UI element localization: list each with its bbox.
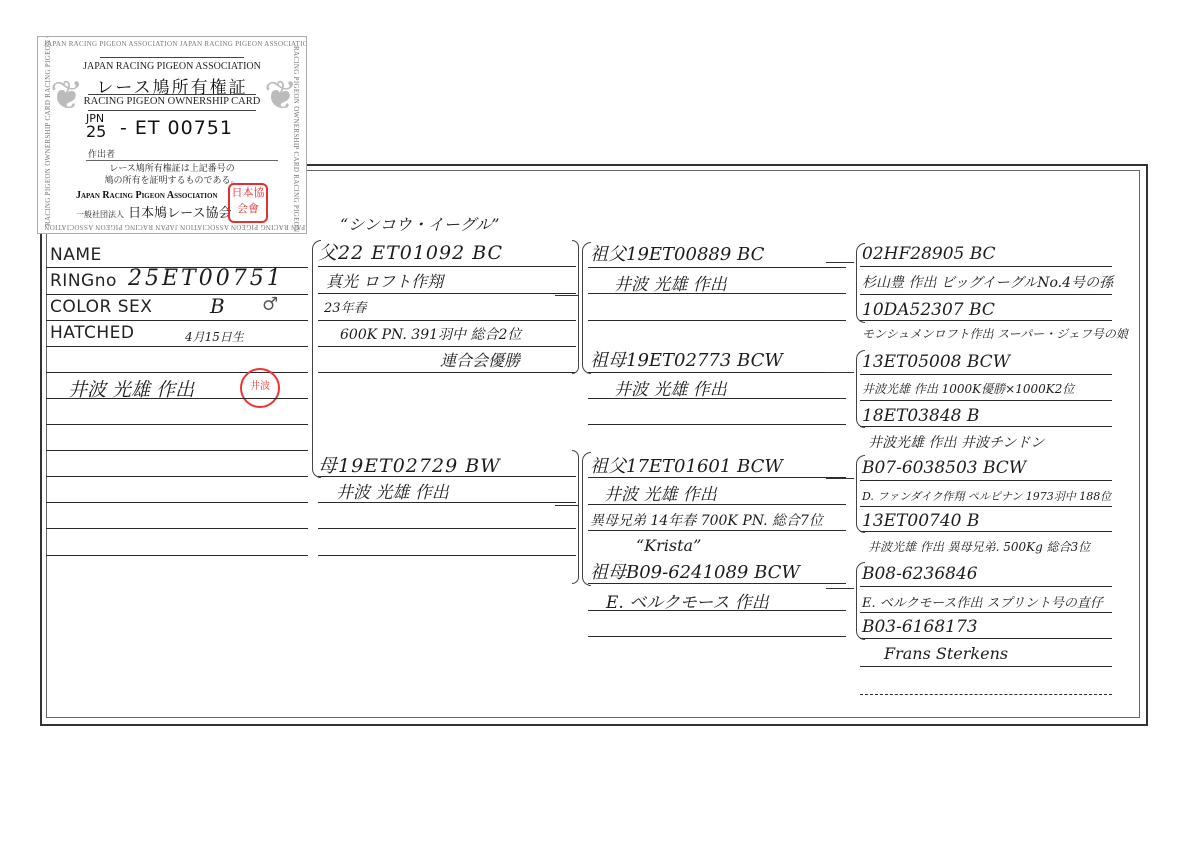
ggp-3-detail: 井波光雄 作出 1000K優勝×1000K2位 xyxy=(862,380,1074,397)
gp-line xyxy=(588,372,846,373)
gp-line xyxy=(588,477,846,478)
ggp-line xyxy=(860,506,1112,507)
card-edge-top: JAPAN RACING PIGEON ASSOCIATION JAPAN RA… xyxy=(44,40,307,48)
blank-line xyxy=(46,476,308,477)
connector xyxy=(826,478,854,479)
card-maker-line xyxy=(86,160,278,161)
granddam-2-nickname: “Krista” xyxy=(636,536,701,555)
label-hatched: HATCHED xyxy=(50,323,134,343)
card-maker-label: 作出者 xyxy=(88,147,115,160)
dam-ring: 母19ET02729 BW xyxy=(318,451,501,478)
ggp-line xyxy=(860,320,1112,321)
grandsire-2-ring: 祖父17ET01601 BCW xyxy=(590,452,783,478)
sire-line xyxy=(318,320,576,321)
sire-detail: 23年春 xyxy=(324,297,367,316)
sire-ring: 父22 ET01092 BC xyxy=(318,238,503,265)
blank-line xyxy=(46,424,308,425)
ggp-7-detail: E. ベルクモース作出 スプリント号の直仔 xyxy=(862,592,1103,611)
connector xyxy=(826,588,854,589)
dam-detail: 井波 光雄 作出 xyxy=(336,478,449,503)
sire-line xyxy=(318,266,576,267)
sire-nickname: “シンコウ・イーグル” xyxy=(340,212,499,235)
card-ring-number: - ET 00751 xyxy=(120,117,233,139)
ggp-line xyxy=(860,531,1112,532)
gp-line xyxy=(588,424,846,425)
card-association-caps: Japan Racing Pigeon Association xyxy=(76,190,218,201)
card-association-jp: 一般社団法人 日本鳩レース協会 xyxy=(76,202,232,221)
label-name: NAME xyxy=(50,245,102,265)
connector xyxy=(826,262,854,263)
ggp-line xyxy=(860,480,1112,481)
blank-line xyxy=(46,555,308,556)
bird-ring-number: 25ET00751 xyxy=(128,266,284,291)
card-rule xyxy=(88,94,256,95)
dam-line xyxy=(318,476,576,477)
dam-line xyxy=(318,528,576,529)
card-association-name: 日本鳩レース協会 xyxy=(128,206,231,221)
ggp-4-ring: 18ET03848 B xyxy=(862,406,979,426)
label-color-sex: COLOR SEX xyxy=(50,297,152,317)
gp-line xyxy=(588,320,846,321)
color-field-line xyxy=(46,320,308,321)
ggp-line xyxy=(860,294,1112,295)
granddam-2-ring: 祖母B09-6241089 BCW xyxy=(590,558,800,584)
dam-line xyxy=(318,555,576,556)
sire-line xyxy=(318,372,576,373)
connector xyxy=(826,372,854,373)
ownership-card: JAPAN RACING PIGEON ASSOCIATION JAPAN RA… xyxy=(37,36,307,234)
grandsire-1-detail: 井波 光雄 作出 xyxy=(614,270,727,295)
sire-line xyxy=(318,293,576,294)
card-edge-bottom: JAPAN RACING PIGEON ASSOCIATION JAPAN RA… xyxy=(44,223,307,231)
sire-detail: 連合会優勝 xyxy=(440,348,520,371)
label-ring: RINGno xyxy=(50,271,117,291)
granddam-1-detail: 井波 光雄 作出 xyxy=(614,375,727,400)
blank-line xyxy=(46,528,308,529)
bird-sex: ♂ xyxy=(262,294,278,315)
sire-bracket xyxy=(572,240,579,374)
card-title-en: RACING PIGEON OWNERSHIP CARD xyxy=(38,96,306,107)
ggp-8-detail: Frans Sterkens xyxy=(884,644,1008,663)
ggp-2-detail: モンシュメンロフト作出 スーパー・ジェフ号の娘 xyxy=(862,325,1128,342)
ggp-line xyxy=(860,400,1112,401)
card-association-prefix: 一般社団法人 xyxy=(76,210,124,219)
gp-line xyxy=(588,583,846,584)
gp-line xyxy=(588,636,846,637)
grandsire-2-detail: 井波 光雄 作出 xyxy=(604,480,717,505)
gp-line xyxy=(588,610,846,611)
ggp-7-ring: B08-6236846 xyxy=(862,564,978,584)
ggp-line xyxy=(860,638,1112,639)
hatched-field-line xyxy=(46,346,308,347)
card-rule xyxy=(88,110,256,111)
sire-detail: 600K PN. 391羽中 総合2位 xyxy=(340,324,521,344)
blank-line xyxy=(46,398,308,399)
bird-color: B xyxy=(210,294,225,318)
ggp-line xyxy=(860,266,1112,267)
card-association-en: JAPAN RACING PIGEON ASSOCIATION xyxy=(38,61,306,72)
ggp-5-detail: D. ファンダイク作翔 ペルピナン 1973羽中 188位 xyxy=(862,488,1111,504)
ggp-4-detail: 井波光雄 作出 井波チンドン xyxy=(868,432,1044,452)
blank-line xyxy=(46,450,308,451)
bird-hatched: 4月15日生 xyxy=(185,328,244,345)
grandsire-1-ring: 祖父19ET00889 BC xyxy=(590,240,764,266)
sire-detail: 真光 ロフト作翔 xyxy=(326,269,443,292)
ggp-line xyxy=(860,374,1112,375)
dam-bracket xyxy=(572,450,579,584)
breeder-stamp-icon: 井波 xyxy=(240,368,280,408)
ggp-line xyxy=(860,666,1112,667)
card-country-year: JPN 25 xyxy=(86,114,106,140)
sire-line xyxy=(318,346,576,347)
ggp-line xyxy=(860,426,1112,427)
grandsire-2-detail: 異母兄弟 14年春 700K PN. 総合7位 xyxy=(590,510,823,530)
granddam-1-ring: 祖母19ET02773 BCW xyxy=(590,346,783,372)
card-rule xyxy=(100,57,244,58)
ggp-line xyxy=(860,694,1112,695)
gp-line xyxy=(588,398,846,399)
gp-line xyxy=(588,530,846,531)
gp-line xyxy=(588,504,846,505)
parents-bracket xyxy=(312,240,321,478)
connector xyxy=(555,505,579,506)
ggp-6-ring: 13ET00740 B xyxy=(862,511,979,531)
ggp-1-detail: 杉山豊 作出 ビッグイーグルNo.4号の孫 xyxy=(862,272,1113,292)
dam-line xyxy=(318,502,576,503)
ggp-line xyxy=(860,586,1112,587)
blank-line xyxy=(46,502,308,503)
ggp-line xyxy=(860,612,1112,613)
ggp-1-ring: 02HF28905 BC xyxy=(862,244,996,264)
ggp-8-ring: B03-6168173 xyxy=(862,617,978,637)
card-note-line: レース鳩所有権証は上記番号の xyxy=(38,163,306,175)
ggp-2-ring: 10DA52307 BC xyxy=(862,300,995,320)
gp-line xyxy=(588,293,846,294)
association-seal-icon: 日本協 会會 xyxy=(228,183,268,223)
ggp-3-ring: 13ET05008 BCW xyxy=(862,352,1010,372)
ggp-6-detail: 井波光雄 作出 異母兄弟. 500Kg 総合3位 xyxy=(868,538,1090,555)
card-year: 25 xyxy=(86,124,106,140)
ggp-5-ring: B07-6038503 BCW xyxy=(862,458,1026,478)
connector xyxy=(555,295,579,296)
gp-line xyxy=(588,267,846,268)
